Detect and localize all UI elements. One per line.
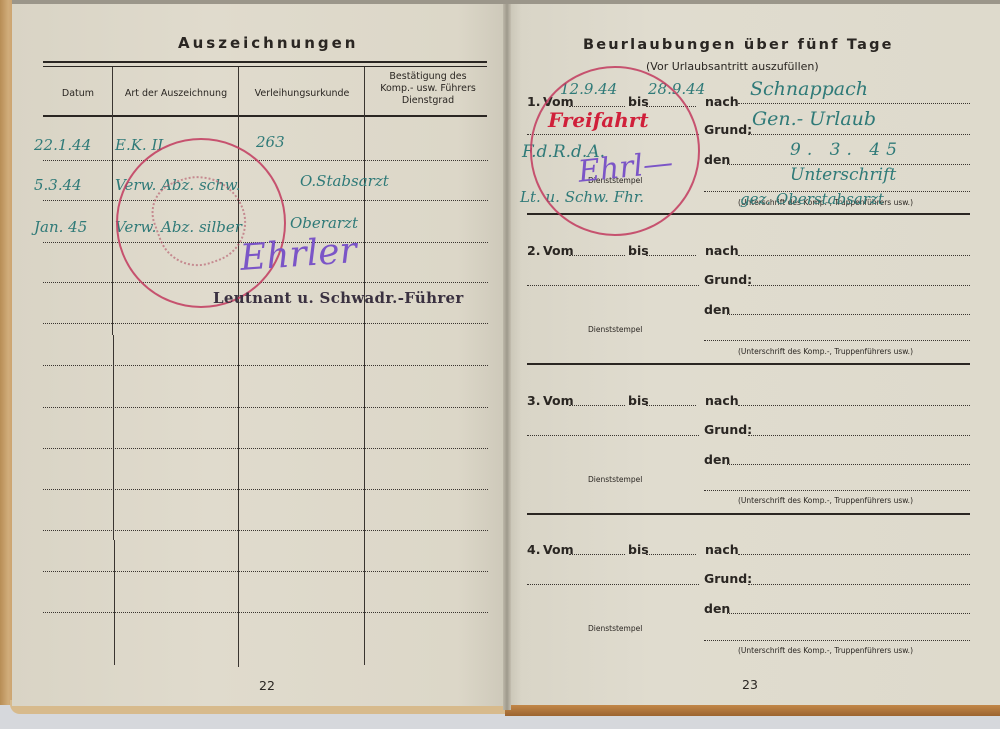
grund-label: Grund: — [704, 571, 752, 586]
column-divider-1 — [112, 67, 113, 335]
table-header-bottom-rule — [43, 115, 487, 117]
grund-label: Grund: — [704, 122, 752, 137]
entry-number: 4. — [527, 542, 540, 557]
nach-label: nach — [705, 393, 739, 408]
entry-number: 1. — [527, 94, 540, 109]
den-value: 9. 3. 45 — [790, 140, 903, 160]
book-cover-bottom-right — [505, 704, 1000, 716]
book-spine — [503, 0, 511, 710]
page-title-beurlaubungen: Beurlaubungen über fünf Tage — [583, 37, 894, 53]
column-divider-1b — [114, 540, 115, 665]
dienststempel-label: Dienststempel — [588, 475, 642, 484]
column-header-bestaetigung-3: Dienstgrad — [366, 95, 490, 107]
column-header-datum: Datum — [46, 88, 110, 100]
unterschrift-label: (Unterschrift des Komp.-, Truppenführers… — [738, 347, 913, 356]
rank-stamp-text: Leutnant u. Schwadr.-Führer — [213, 289, 464, 307]
dienststempel-label: Dienststempel — [588, 325, 642, 334]
row-2-datum: 5.3.44 — [34, 176, 82, 194]
table-top-rule-thin — [43, 66, 487, 67]
page-title-auszeichnungen: Auszeichnungen — [178, 34, 358, 52]
column-header-bestaetigung-2: Komp.- usw. Führers — [366, 83, 490, 95]
nach-label: nach — [705, 243, 739, 258]
unterschrift-label: (Unterschrift des Komp.-, Truppenführers… — [738, 646, 913, 655]
row-3-datum: Jan. 45 — [34, 218, 87, 236]
entry-number: 2. — [527, 243, 540, 258]
column-header-bestaetigung-1: Bestätigung des — [366, 71, 490, 83]
commander-signature: Ehrler — [239, 230, 358, 279]
freifahrt-stamp: Freifahrt — [548, 108, 649, 132]
nach-label: nach — [705, 94, 739, 109]
row-1-urkunde: 263 — [256, 133, 285, 151]
entry-number: 3. — [527, 393, 540, 408]
open-document-booklet: Auszeichnungen Datum Art der Auszeichnun… — [0, 0, 1000, 729]
entry-divider — [527, 513, 970, 515]
grund-value: Gen.- Urlaub — [752, 108, 876, 130]
page-subtitle: (Vor Urlaubsantritt auszufüllen) — [646, 60, 819, 73]
signature-value-2: gez. Oberstabsarzt — [740, 190, 884, 208]
entry-divider — [527, 363, 970, 365]
top-edge — [12, 0, 1000, 4]
column-header-urkunde: Verleihungsurkunde — [240, 88, 364, 100]
grund-label: Grund: — [704, 272, 752, 287]
signature-value: Unterschrift — [790, 165, 896, 185]
nach-value: Schnappach — [750, 78, 868, 100]
column-header-art: Art der Auszeichnung — [114, 88, 238, 100]
page-number-left: 22 — [259, 678, 275, 693]
row-2-urkunde: O.Stabsarzt — [300, 172, 389, 190]
table-top-rule — [43, 61, 487, 63]
row-3-urkunde: Oberarzt — [290, 214, 358, 232]
grund-label: Grund: — [704, 422, 752, 437]
nach-label: nach — [705, 542, 739, 557]
row-1-datum: 22.1.44 — [34, 136, 91, 154]
page-number-right: 23 — [742, 677, 758, 692]
unterschrift-label: (Unterschrift des Komp.-, Truppenführers… — [738, 496, 913, 505]
dienststempel-label: Dienststempel — [588, 624, 642, 633]
column-divider-3 — [364, 67, 365, 665]
